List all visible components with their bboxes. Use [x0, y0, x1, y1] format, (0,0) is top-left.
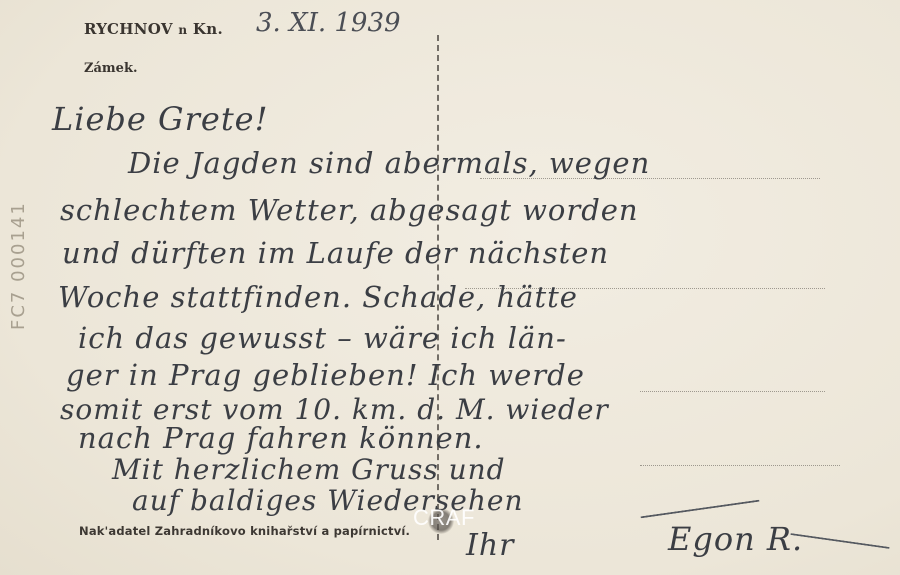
letter-line-3: und dürften im Laufe der nächsten [62, 236, 609, 270]
letter-line-1: Die Jagden sind abermals, wegen [128, 146, 650, 180]
address-line-3 [640, 391, 825, 392]
handwritten-date: 3. XI. 1939 [256, 8, 401, 38]
letter-line-5: ich das gewusst – wäre ich län- [78, 321, 567, 355]
publisher-imprint: Nak'adatel Zahradníkovo knihařství a pap… [79, 524, 410, 538]
wiedersehen-underline-flourish [640, 500, 759, 519]
letter-closing: Ihr [466, 528, 515, 563]
printed-subtitle: Zámek. [84, 61, 137, 76]
letter-line-9: Mit herzlichem Gruss und [112, 453, 506, 486]
letter-salutation: Liebe Grete! [52, 100, 268, 138]
letter-line-8: nach Prag fahren können. [78, 421, 484, 455]
letter-signature: Egon R. [668, 520, 803, 558]
letter-line-6: ger in Prag geblieben! Ich werde [66, 358, 585, 392]
place-suffix-kn: Kn. [193, 20, 223, 38]
letter-line-4: Woche stattfinden. Schade, hätte [58, 280, 578, 314]
place-suffix-n: n [178, 23, 187, 37]
signature-flourish [790, 533, 889, 549]
postcard: RYCHNOV n Kn. Zámek. 3. XI. 1939 FC7 000… [0, 0, 900, 575]
archive-number-pencil: FC7 000141 [8, 201, 29, 330]
address-line-4 [640, 465, 840, 466]
letter-line-2: schlechtem Wetter, abgesagt worden [60, 193, 639, 227]
place-name: RYCHNOV [84, 20, 173, 38]
printed-place-header: RYCHNOV n Kn. [84, 20, 223, 38]
